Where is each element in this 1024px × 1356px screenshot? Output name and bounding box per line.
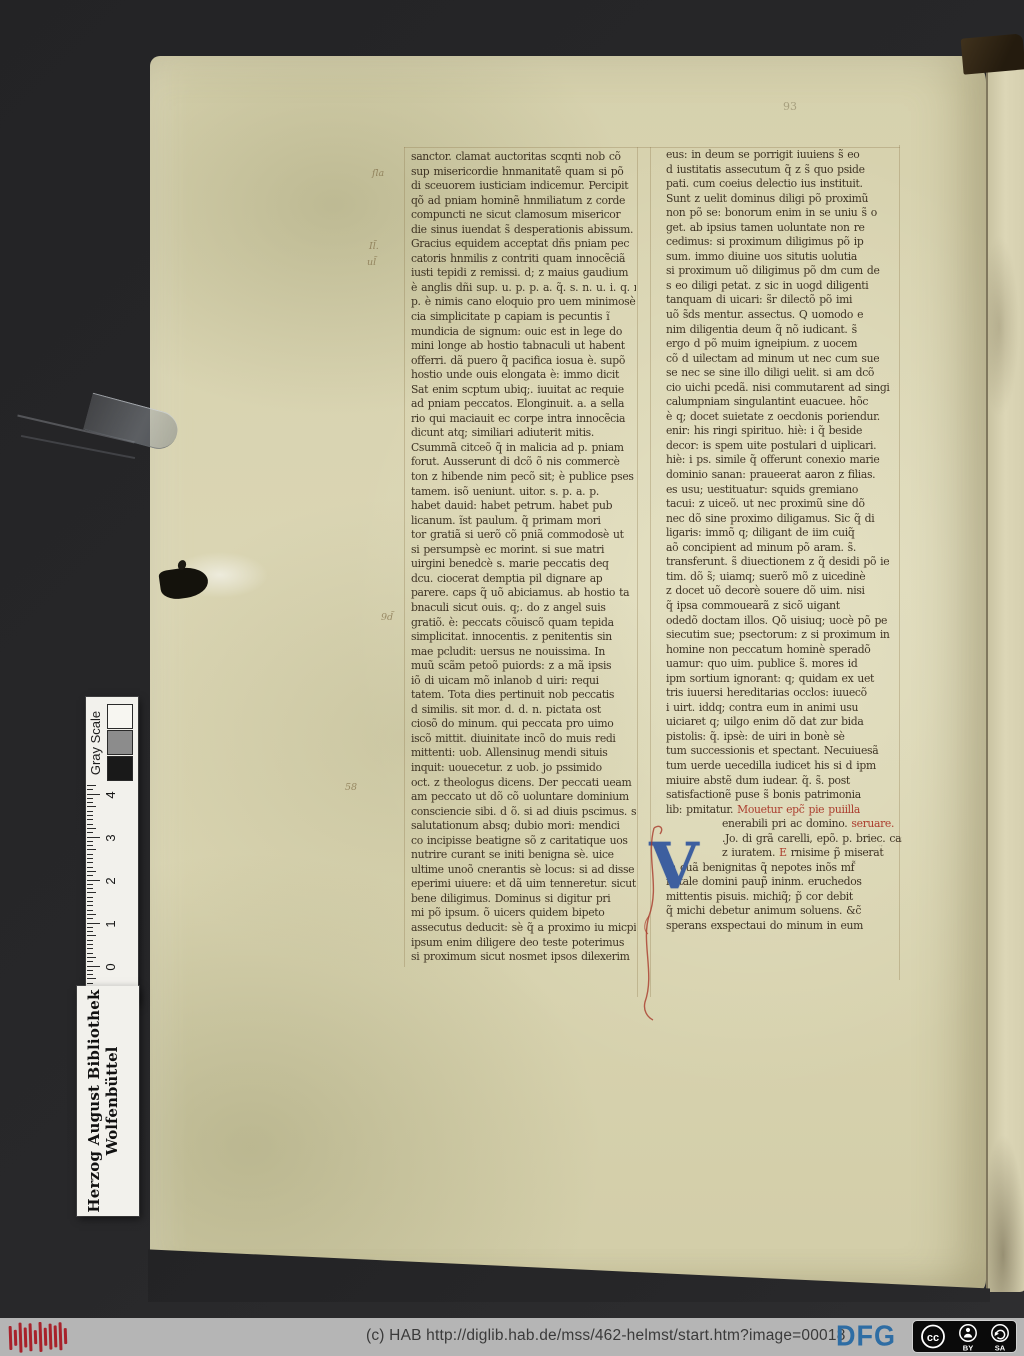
text-line: q̃ ipsa commouearã z sicõ uigant — [666, 599, 902, 614]
digitization-footer-bar: (c) HAB http://diglib.hab.de/mss/462-hel… — [0, 1318, 1024, 1356]
cc-by-sa-icons: cc BY SA — [913, 1321, 1016, 1352]
ruler-tick — [87, 910, 93, 911]
margin-note: ſla — [372, 168, 384, 179]
text-line: è anglis dñi sup. u. p. p. a. q̃. s. n. … — [411, 281, 636, 296]
ruler-tick — [87, 815, 93, 816]
text-line: si persumpsè ec morint. si sue matri — [411, 542, 636, 557]
text-line: rio qui maciauit ec corpe intra innocẽci… — [411, 412, 636, 427]
ruler-tick — [87, 927, 93, 928]
text-line: z docet uõ decorè souere dõ uim. nisi — [666, 584, 902, 599]
text-line: ipsum enim diligere deo teste poterimus — [411, 935, 636, 950]
barcode-bar — [38, 1322, 42, 1352]
text-line: Gracius equidem acceptat dñs pniam pec — [411, 237, 636, 252]
text-line: di sceuorem iusticiam indicemur. Percipi… — [411, 179, 636, 194]
barcode-bar — [64, 1328, 68, 1344]
text-line: bnaculi sicut ouis. q;. do z angel suis — [411, 601, 636, 616]
text-line: habet dauid: habet petrum. habet pub — [411, 499, 636, 514]
text-line: odedõ doctam illos. Qõ uisiuq; uocè põ p… — [666, 613, 902, 628]
cc-license-badge: cc BY SA — [912, 1320, 1017, 1353]
ruler-tick — [87, 957, 96, 958]
ruler-tick — [87, 974, 93, 975]
text-line: ergo d põ muim igneipium. z uocem — [666, 337, 902, 352]
gray-scale-patch — [107, 756, 133, 781]
ruler-tick — [87, 862, 93, 863]
text-line: nim diligentia deum q̃ nõ iudicant. s̃ — [666, 322, 902, 337]
text-line: non põ se: bonorum enim in se uniu s̃ o — [666, 206, 902, 221]
ruler-tick — [87, 785, 96, 786]
barcode-bar — [58, 1322, 62, 1350]
ruler-tick — [87, 875, 93, 876]
text-line: tamem. isõ ueniunt. uitor. s. p. a. p. — [411, 484, 636, 499]
text-line: die sinus iuendat s̃ desperationis abiss… — [411, 222, 636, 237]
ruler-tick — [87, 854, 93, 855]
text-line: hostio unde ouis elongata è: immo dicit — [411, 368, 636, 383]
ruler-tick — [87, 944, 93, 945]
ruler-tick — [87, 897, 93, 898]
ruler-number: 0 — [103, 963, 118, 970]
gray-scale-patch — [107, 730, 133, 755]
text-line: tum uerde uecedilla iudicet his si d ipm — [666, 759, 902, 774]
text-line: tum successionis et spectant. Necuiuesã — [666, 744, 902, 759]
text-column-left: sanctor. clamat auctoritas scqnti nob cõ… — [411, 150, 636, 965]
ruler-tick — [87, 948, 93, 949]
ruler-number: 3 — [103, 834, 118, 841]
text-line: tris iuuersi hereditarias occlos: iuuecõ — [666, 686, 902, 701]
text-line: siecutim sue; psectorum: z si proximum i… — [666, 628, 902, 643]
text-line: ad pniam peccatos. Elonginuit. a. a sell… — [411, 397, 636, 412]
text-line: simplicitat. innocentis. z penitentis si… — [411, 630, 636, 645]
text-line: oct. z theologus dicens. Der peccati uea… — [411, 775, 636, 790]
ruler-tick — [87, 970, 93, 971]
ruler-tick — [87, 953, 93, 954]
ruler-tick — [87, 802, 93, 803]
svg-text:cc: cc — [927, 1332, 939, 1344]
barcode-bar — [54, 1325, 58, 1347]
text-line: calumpniam singulantint euacuee. hõc — [666, 395, 902, 410]
text-line: miuire abstẽ dum iudear. q̃. s̃. post — [666, 773, 902, 788]
ruler-tick — [87, 931, 93, 932]
text-line: d iustitatis assecutum q̃ z s̃ quo pside — [666, 162, 902, 177]
text-line: dominio sanan: praueerat aaron z filias. — [666, 468, 902, 483]
ruler-number: 2 — [103, 877, 118, 884]
ruler-tick — [87, 936, 96, 937]
facing-page-edge — [986, 54, 1024, 1292]
text-line: lib: pmitatur. Mouetur epc̃ pie puiilla — [666, 802, 902, 817]
text-line: aõ concipient ad minum põ aram. s̃. — [666, 540, 902, 555]
text-line: sup misericordie hnmanitatẽ quam si põ — [411, 164, 636, 179]
text-line: nec dõ sine proximo diligamus. Sic q̃ di — [666, 511, 902, 526]
barcode-bar — [9, 1326, 13, 1350]
barcode-bar — [18, 1323, 22, 1353]
text-line: uamur: quo uim. publice s̃. mores id — [666, 657, 902, 672]
text-line: decor: is spem uite postulari d uiplicar… — [666, 439, 902, 454]
text-line: forut. Ausserunt di dcõ õ nis commercè — [411, 455, 636, 470]
text-line: es usu; uestituatur: squids gremiano — [666, 482, 902, 497]
text-line: pati. cum coeius delectio ius instituit. — [666, 177, 902, 192]
folio-number: 93 — [783, 100, 797, 113]
ruler-tick — [87, 901, 93, 902]
barcode-bar — [44, 1328, 48, 1346]
text-line: s eo diligi petat. z sic in uogd diligen… — [666, 279, 902, 294]
text-line: catoris hnmilis z contriti quam innocẽci… — [411, 252, 636, 267]
text-line: uõ s̃ds mentur. assectus. Q uomodo e — [666, 308, 902, 323]
ruler-tick — [87, 850, 96, 851]
text-line: satisfactionẽ puse s̃ bonis patrimonia — [666, 788, 902, 803]
text-line: mi põ ipsum. õ uicers quidem bipeto — [411, 906, 636, 921]
ruler-tick — [87, 789, 93, 790]
text-line: uirgini benedcè s. marie peccatis deq — [411, 557, 636, 572]
margin-note: 9d̃ — [381, 612, 393, 623]
barcode-bar — [49, 1324, 53, 1350]
ruler-tick — [87, 979, 96, 980]
text-line: cio uichi pcedã. nisi commutarent ad sin… — [666, 380, 902, 395]
text-line: se nec se sine illo diligi uelit. si am … — [666, 366, 902, 381]
ruler-tick — [87, 905, 93, 906]
ruler-tick — [87, 918, 93, 919]
gray-scale-patch — [107, 704, 133, 729]
text-line: hiè: i ps. simile q̃ offerunt conexio ma… — [666, 453, 902, 468]
text-line: cõ d uilectam ad minum ut nec cum sue — [666, 351, 902, 366]
text-line: ligaris: immõ q; diligant de iim cuiq̃ — [666, 526, 902, 541]
text-line: co incipisse beatigne sõ z caritatique u… — [411, 833, 636, 848]
text-line: pistolis: q̃. ipsè: de uiri in bonè sè — [666, 730, 902, 745]
text-line: Sunt z uelit dominus diligi põ proximũ — [666, 191, 902, 206]
text-line: p. è nimis cano eloquio pro uem minimosè — [411, 295, 636, 310]
ruler-tick — [87, 888, 93, 889]
text-line: homine non peccatum hominè speradõ — [666, 642, 902, 657]
text-line: mundicia de signum: ouic est in lege do — [411, 324, 636, 339]
ruler-tick — [87, 811, 93, 812]
ruler-tick — [87, 871, 96, 872]
barcode-bar — [14, 1330, 18, 1346]
ruler-tick — [87, 880, 100, 881]
text-line: tatem. Tota dies pertinuit nob peccatis — [411, 688, 636, 703]
text-line: eperimi uiuere: et dã uim tenneretur. si… — [411, 877, 636, 892]
barcode-bar — [34, 1330, 37, 1344]
text-line: sum. immo diuine uos situtis uolutia — [666, 250, 902, 265]
text-line: assecutus deducit: sè q̃ a proximo iu mi… — [411, 921, 636, 936]
manuscript-scan-photo: sanctor. clamat auctoritas scqnti nob cõ… — [0, 0, 1024, 1356]
text-line: nutrire curant se initi benigna sè. uice — [411, 848, 636, 863]
ruler-tick — [87, 807, 96, 808]
text-line: cia simplicitate p capiam is pecuntis ĩ — [411, 310, 636, 325]
copyright-url-text: (c) HAB http://diglib.hab.de/mss/462-hel… — [366, 1327, 846, 1345]
ruler-tick — [87, 828, 96, 829]
ruler-tick — [87, 832, 93, 833]
ruler-tick — [87, 794, 100, 795]
text-line: si proximum sicut nosmet ipsos dilexerim — [411, 950, 636, 965]
text-line: dicunt atq; similiari adiuterit mitis. — [411, 426, 636, 441]
library-label-card: Herzog August Bibliothek Wolfenbüttel — [77, 986, 139, 1216]
text-line: salutationum absq; dubio mori: mendici — [411, 819, 636, 834]
ruling-line — [404, 147, 405, 967]
ruler-tick — [87, 893, 96, 894]
book-cover-corner — [961, 33, 1024, 74]
ruler-tick — [87, 884, 93, 885]
ruler-tick — [87, 940, 93, 941]
svg-text:BY: BY — [963, 1344, 973, 1353]
ruler-tick — [87, 867, 93, 868]
text-line: am peccato ut dõ cõ uoluntare dominium — [411, 790, 636, 805]
text-line: uiciaret q; uilgo enim dõ dat zur bida — [666, 715, 902, 730]
text-line: i uirt. iddq; contra eum in animi usu — [666, 700, 902, 715]
gray-scale-card: Gray Scale 01234 — [86, 697, 138, 1003]
margin-note: 58 — [345, 782, 357, 793]
ruler-tick — [87, 983, 93, 984]
margin-note: Il̃. — [369, 241, 379, 252]
margin-note: ul̃ — [367, 257, 376, 268]
text-line: Csummã citceõ q̃ in malicia ad p. pniam — [411, 441, 636, 456]
text-line: mini longe ab hostio tabnaculi ut habent — [411, 339, 636, 354]
ruler-tick — [87, 923, 100, 924]
text-line: compuncti ne sicut clamosum misericor — [411, 208, 636, 223]
penwork-flourish — [634, 824, 668, 1024]
ruler-tick — [87, 961, 93, 962]
text-line: gratiõ. è: peccats cõuiscõ quam tepida — [411, 615, 636, 630]
gray-scale-label: Gray Scale — [88, 697, 103, 789]
text-line: d similis. sit mor. d. d. n. pictata ost — [411, 702, 636, 717]
text-line: transferunt. s̃ diuectionem z q̃ desidi … — [666, 555, 902, 570]
text-line: licanum. ĩst paulum. q̃ primam mori — [411, 513, 636, 528]
text-line: ultime unoõ cnerantis sè locus: si ad di… — [411, 863, 636, 878]
library-name: Herzog August Bibliothek — [85, 986, 103, 1216]
text-line: ton z hibende nim pecõ sit; è publice ps… — [411, 470, 636, 485]
hab-barcode-logo — [8, 1320, 69, 1354]
text-line: si proximum uõ diligimus põ dm cum de — [666, 264, 902, 279]
svg-text:SA: SA — [995, 1344, 1006, 1353]
text-line: get. ab ipsius tamen uoluntate non re — [666, 220, 902, 235]
dfg-logo: DFG — [836, 1320, 896, 1353]
text-line: parere. caps q̃ uõ abiciamus. ab hostio … — [411, 586, 636, 601]
text-column-right: eus: in deum se porrigit iuuiens s̃ eod … — [666, 148, 902, 934]
text-line: ciosõ do minum. qui peccata pro uimo — [411, 717, 636, 732]
ruler-tick — [87, 819, 93, 820]
text-line: qõ ad pniam hominẽ hnmiliatum z corde — [411, 193, 636, 208]
text-line: muũ scãm petoõ puiords: z a mã ipsis — [411, 659, 636, 674]
ruler-tick — [87, 858, 93, 859]
text-line: iusti tepidi z remissi. d; z maius gaudi… — [411, 266, 636, 281]
barcode-bar — [24, 1327, 28, 1347]
ruler-tick — [87, 837, 100, 838]
text-line: iõ di uicam mõ inlanob d uiri: requi — [411, 673, 636, 688]
text-line: tor gratiã si uerõ cõ pniã commodosè ut — [411, 528, 636, 543]
text-line: inquit: uouecetur. z uob. jo pssimido — [411, 761, 636, 776]
text-line: ipm sortium ignorant: q; quidam ex uet — [666, 671, 902, 686]
ruler-tick — [87, 824, 93, 825]
barcode-bar — [29, 1323, 33, 1351]
text-line: tacui: z uiceõ. ut nec proximũ sine dõ — [666, 497, 902, 512]
text-line: bene diligimus. Dominus si digitur pri — [411, 892, 636, 907]
text-line: enir: his ringi spirituo. hiè: i q̃ besi… — [666, 424, 902, 439]
ruler-tick — [87, 966, 100, 967]
text-line: è q; docet suietate z oecdonis poriendur… — [666, 410, 902, 425]
text-line: offerri. dã puero q̃ pacifica iosua è. s… — [411, 353, 636, 368]
text-line: consciencie sibi. d õ. si ad diuis pscim… — [411, 804, 636, 819]
ruler-tick — [87, 798, 93, 799]
text-line: iscõ mittit. diuinitate incõ do muis red… — [411, 732, 636, 747]
text-line: dcu. ciocerat demptia pil dignare ap — [411, 572, 636, 587]
text-line: tanquam di uicari: s̃r dilectõ põ imi — [666, 293, 902, 308]
ruler-tick — [87, 914, 96, 915]
text-line: mae pcludit: uersus ne nouissima. In — [411, 644, 636, 659]
ruler-tick — [87, 845, 93, 846]
library-city: Wolfenbüttel — [103, 986, 121, 1216]
text-line: sanctor. clamat auctoritas scqnti nob cõ — [411, 150, 636, 165]
text-line: Sat enim scptum ubiq;. iuuitat ac requie — [411, 382, 636, 397]
ruler-tick — [87, 841, 93, 842]
text-line: eus: in deum se porrigit iuuiens s̃ eo — [666, 148, 902, 163]
text-line: tim. dõ s̃; uiamq; suerõ mõ z uicedinè — [666, 570, 902, 585]
ruler-number: 1 — [103, 920, 118, 927]
text-line: sperans exspectaui do minum in eum — [666, 919, 902, 934]
ruler-number: 4 — [103, 791, 118, 798]
text-line: cedimus: si proximum diligimus põ ip — [666, 235, 902, 250]
text-line: mittenti: uob. Allensinug mendi situis — [411, 746, 636, 761]
